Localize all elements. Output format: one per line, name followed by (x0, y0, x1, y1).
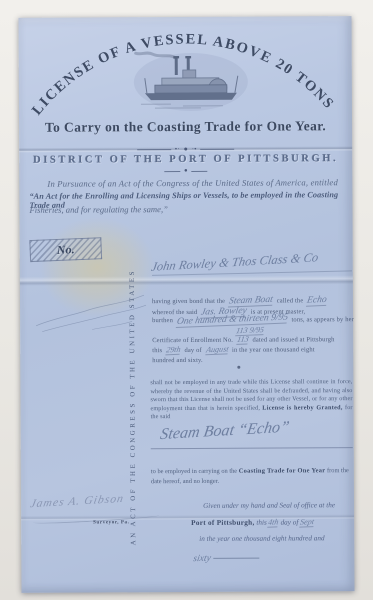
divider-ornament-small: ● (19, 168, 352, 175)
scanned-license-document: LICENSE OF A VESSEL ABOVE 20 TONS, To Ca… (0, 0, 373, 600)
steamboat-engraving-illustration (131, 50, 251, 115)
granted-emphasis-text: License is hereby Granted, (262, 404, 342, 411)
vessel-name-rule (151, 447, 353, 449)
paper-crease (20, 275, 353, 286)
pursuance-line-3: Fisheries, and for regulating the same,” (29, 204, 167, 215)
owners-names-script: John Rowley & Thos Class & Co (150, 250, 319, 275)
subtitle-coasting-trade: To Carry on the Coasting Trade for One Y… (19, 118, 352, 136)
sixty-script: sixty (192, 554, 211, 565)
oath-paragraph: shall not be employed in any trade while… (150, 378, 352, 422)
signature-block: James A. Gibson Surveyor, Pa. (31, 491, 171, 510)
number-stamp-label: No. (57, 242, 75, 258)
year-tail-line: hundred and sixty. (152, 348, 352, 367)
employment-clause: to be employed in carrying on the Coasti… (151, 466, 353, 486)
employ-pre-text: to be employed in carrying on the (151, 468, 237, 475)
year-tail-text: hundred and sixty. (152, 357, 203, 364)
given-under-hand-line: Given under my hand and Seal of office a… (203, 501, 335, 510)
port-date-line: Port of Pittsburgh, this 4th day of Sept (191, 517, 314, 528)
pursuance-line-1: In Pursuance of an Act of the Congress o… (47, 177, 338, 189)
district-line: DISTRICT OF THE PORT OF PITTSBURGH. (19, 153, 352, 166)
number-stamp: No. (29, 237, 102, 262)
vessel-name-script-line: Steam Boat “Echo” (160, 419, 355, 441)
burthen-post-text: tons, as appears by her (291, 316, 354, 323)
given-of-text: day of (281, 518, 299, 526)
given-day-entry: 4th (268, 517, 280, 527)
port-of-pittsburgh-text: Port of Pittsburgh, (191, 519, 254, 527)
surveyor-signature: James A. Gibson (29, 493, 125, 510)
employ-emphasis-text: Coasting Trade for One Year (239, 467, 326, 474)
vessel-name-script: Steam Boat “Echo” (159, 419, 291, 444)
burthen-pre-text: burthen (152, 317, 173, 324)
given-year-line: in the year one thousand eight hundred a… (199, 534, 324, 543)
blank-dash-line (213, 558, 259, 559)
given-this-text: this (256, 519, 266, 527)
license-paper: LICENSE OF A VESSEL ABOVE 20 TONS, To Ca… (18, 16, 354, 593)
divider-ornament: •·●·• (19, 145, 352, 153)
owners-handwritten-line: John Rowley & Thos Class & Co (152, 250, 352, 276)
surveyor-title-text: Surveyor, Pa. (93, 520, 129, 525)
given-month-entry: Sept (299, 517, 315, 528)
sixty-line: sixty (193, 553, 259, 564)
